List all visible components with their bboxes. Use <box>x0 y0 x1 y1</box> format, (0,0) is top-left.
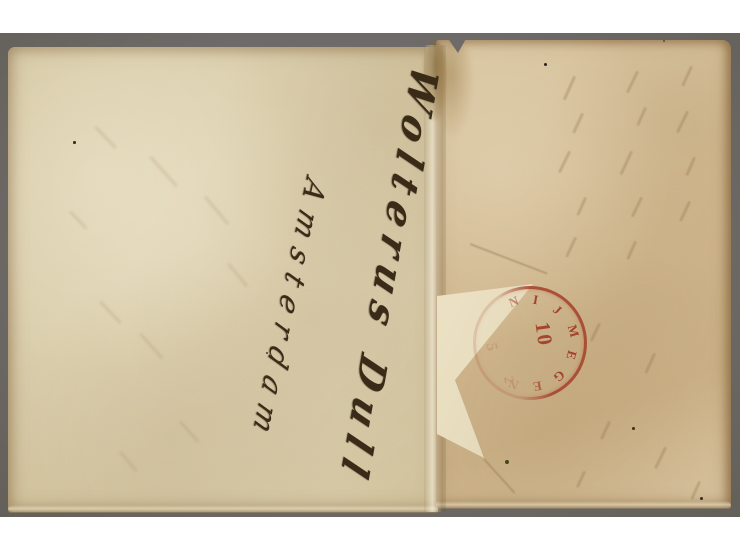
ragged-bottom-edge <box>8 505 438 513</box>
page-margin-top <box>0 0 740 33</box>
postmark-nijmegen: 10 5 2 NIJMEGEN <box>473 286 587 400</box>
ragged-bottom-edge <box>436 501 731 509</box>
page-margin-bottom <box>0 517 740 557</box>
ink-speck <box>505 460 509 464</box>
ink-speck <box>544 63 547 66</box>
ink-speck <box>73 141 76 144</box>
photo-backdrop: 10 5 2 NIJMEGEN Wolterus Dull Amsterdam <box>0 33 740 517</box>
ink-speck <box>663 40 665 42</box>
ink-speck <box>266 352 268 354</box>
postmark-day: 10 <box>529 320 557 348</box>
scanned-cover-photo: 10 5 2 NIJMEGEN Wolterus Dull Amsterdam <box>0 0 740 557</box>
ink-speck <box>632 427 635 430</box>
ink-speck <box>700 497 703 500</box>
